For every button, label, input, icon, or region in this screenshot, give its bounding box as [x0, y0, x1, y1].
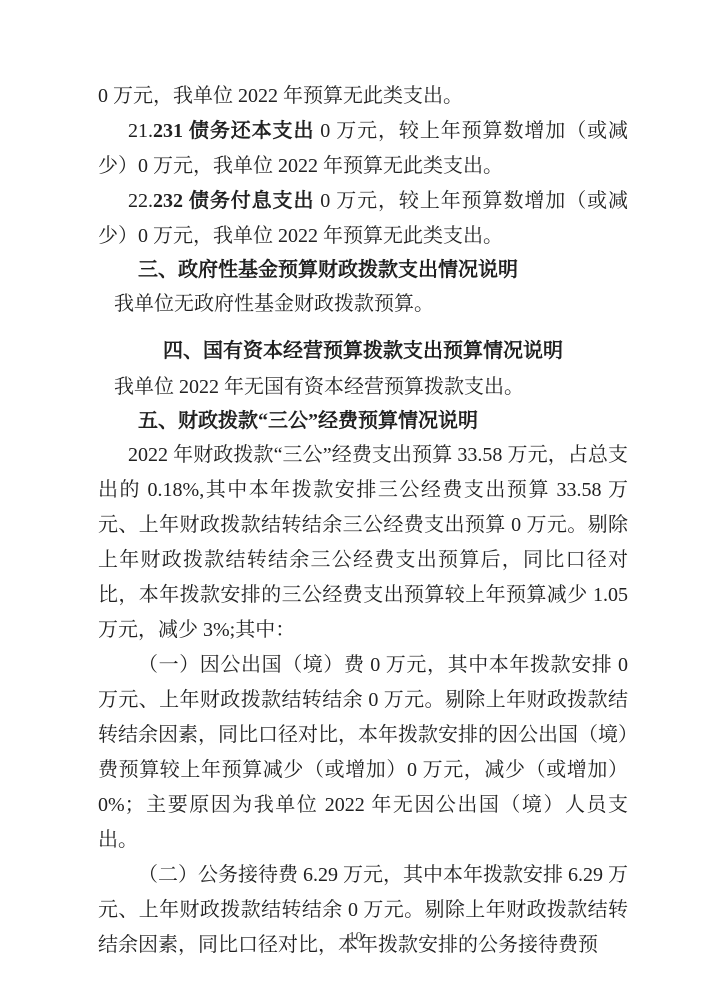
paragraph-item-22: 22.232 债务付息支出 0 万元，较上年预算数增加（或减少）0 万元，我单位…: [98, 184, 628, 254]
section-heading-4: 四、国有资本经营预算拨款支出预算情况说明: [98, 335, 628, 368]
item-22-title: 232 债务付息支出: [153, 190, 314, 212]
item-21-title: 231 债务还本支出: [153, 120, 314, 142]
page-number: 10: [0, 928, 711, 948]
section-5-item-1: （一）因公出国（境）费 0 万元，其中本年拨款安排 0 万元、上年财政拨款结转结…: [98, 648, 628, 858]
section-4-text: 我单位 2022 年无国有资本经营预算拨款支出。: [98, 370, 628, 405]
section-heading-5: 五、财政拨款“三公”经费预算情况说明: [98, 405, 628, 438]
section-heading-3: 三、政府性基金预算财政拨款支出情况说明: [98, 254, 628, 287]
item-21-number: 21.: [128, 120, 153, 142]
section-5-overview: 2022 年财政拨款“三公”经费支出预算 33.58 万元，占总支出的 0.18…: [98, 438, 628, 648]
section-3-text: 我单位无政府性基金财政拨款预算。: [98, 287, 628, 322]
paragraph-item-21: 21.231 债务还本支出 0 万元，较上年预算数增加（或减少）0 万元，我单位…: [98, 114, 628, 184]
paragraph-continuation: 0 万元，我单位 2022 年预算无此类支出。: [98, 79, 628, 114]
item-22-number: 22.: [128, 190, 153, 212]
document-page: 0 万元，我单位 2022 年预算无此类支出。 21.231 债务还本支出 0 …: [0, 0, 711, 1005]
document-body: 0 万元，我单位 2022 年预算无此类支出。 21.231 债务还本支出 0 …: [98, 79, 628, 963]
